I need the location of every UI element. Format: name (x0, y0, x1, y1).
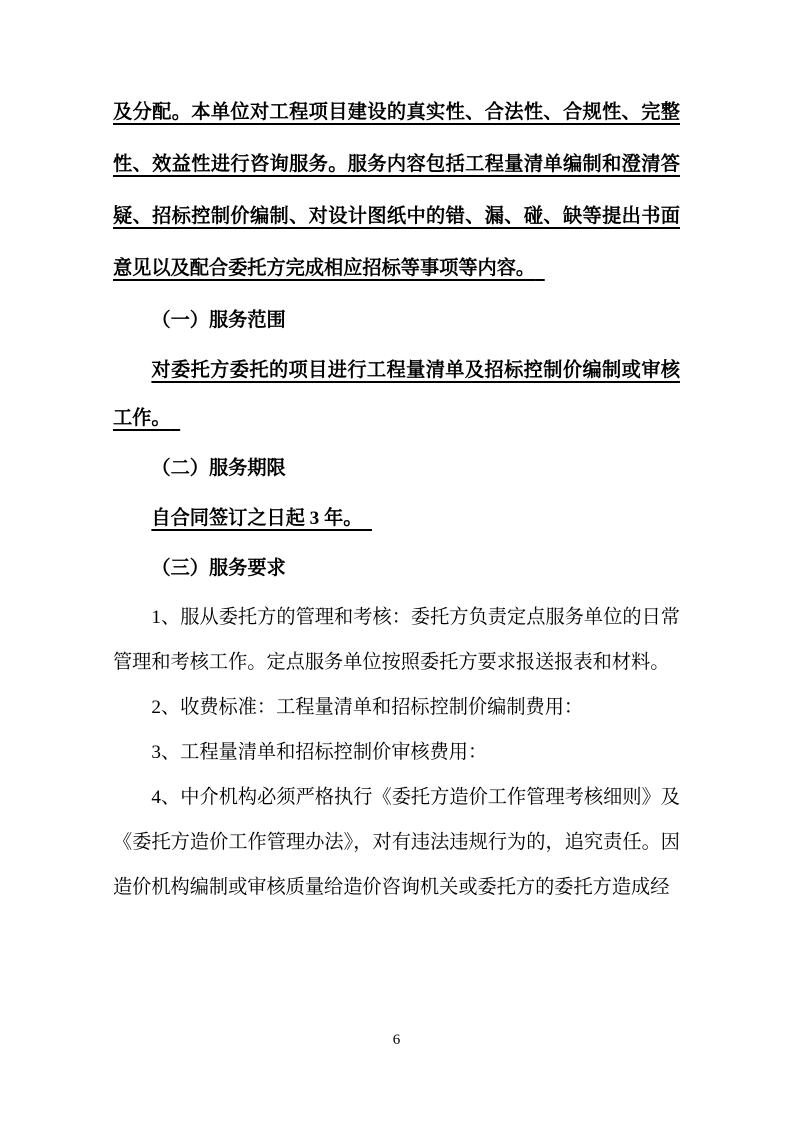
paragraph-continuation: 及分配。本单位对工程项目建设的真实性、合法性、合规性、完整性、效益性进行咨询服务… (113, 87, 680, 295)
paragraph-requirement-2: 2、收费标准：工程量清单和招标控制价编制费用： (113, 685, 680, 730)
document-page: 及分配。本单位对工程项目建设的真实性、合法性、合规性、完整性、效益性进行咨询服务… (0, 0, 793, 1122)
paragraph-requirement-4: 4、中介机构必须严格执行《委托方造价工作管理考核细则》及《委托方造价工作管理办法… (113, 775, 680, 910)
paragraph-requirement-3: 3、工程量清单和招标控制价审核费用： (113, 730, 680, 775)
page-number: 6 (0, 1030, 793, 1050)
section-heading-service-requirements: （三）服务要求 (113, 543, 680, 595)
paragraph-requirement-1: 1、服从委托方的管理和考核：委托方负责定点服务单位的日常管理和考核工作。定点服务… (113, 595, 680, 685)
section-heading-service-term: （二）服务期限 (113, 443, 680, 495)
section-heading-service-scope: （一）服务范围 (113, 295, 680, 347)
paragraph-service-term: 自合同签订之日起 3 年。 (113, 495, 680, 543)
paragraph-service-scope: 对委托方委托的项目进行工程量清单及招标控制价编制或审核工作。 (113, 347, 680, 443)
